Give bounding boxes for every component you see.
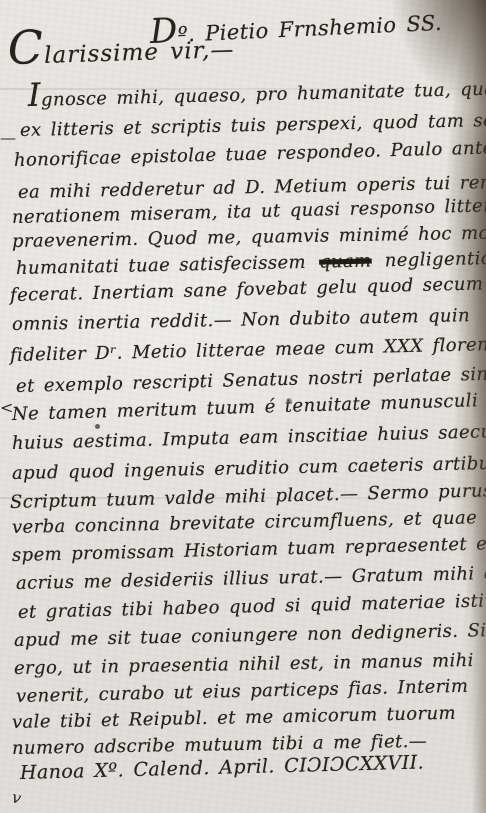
ink-speck (95, 424, 100, 429)
body-line: ex litteris et scriptis tuis perspexi, q… (20, 110, 486, 141)
body-line: ergo, ut in praesentia nihil est, in man… (14, 650, 474, 679)
letter-page: Dº. Pietio Frnshemio SS. Clarissime vir,… (0, 0, 486, 813)
salutation-line: Clarissime vir,— (8, 37, 235, 70)
struck-line-pre: humanitati tuae satisfecissem (16, 252, 306, 279)
body-line: huius aestima. Imputa eam inscitiae huiu… (12, 421, 486, 454)
body-line: vale tibi et Reipubl. et me amicorum tuo… (12, 703, 456, 733)
margin-mark-flourish: v (10, 787, 23, 807)
struck-line-post: negligentiorem (385, 247, 486, 271)
body-line: praevenerim. Quod me, quamvis minimé hoc… (12, 222, 486, 252)
body-line: fecerat. Inertiam sane fovebat gelu quod… (10, 273, 484, 306)
body-line: Ignosce mihi, quaeso, pro humanitate tua… (28, 78, 486, 111)
body-line: omnis inertia reddit.— Non dubito autem … (12, 305, 470, 335)
margin-mark-dash: — (0, 128, 16, 147)
body-line: acrius me desideriis illius urat.— Gratu… (16, 563, 486, 594)
body-line: Ne tamen meritum tuum é tenuitate munusc… (12, 390, 479, 425)
body-line: fideliter Dʳ. Metio litterae meae cum XX… (10, 334, 486, 366)
body-line: spem promissam Historiam tuam repraesent… (12, 532, 486, 566)
body-line: honorificae epistolae tuae respondeo. Pa… (14, 136, 486, 171)
margin-mark-angle: < (0, 398, 13, 417)
body-line: apud quod ingenuis eruditio cum caeteris… (12, 451, 486, 484)
body-line: venerit, curabo ut eius particeps fias. … (16, 676, 469, 707)
struck-word: quam (319, 251, 372, 273)
body-line: apud me sit tuae coniungere non dedigner… (14, 619, 486, 651)
body-line: et gratias tibi habeo quod si quid mater… (18, 590, 486, 623)
